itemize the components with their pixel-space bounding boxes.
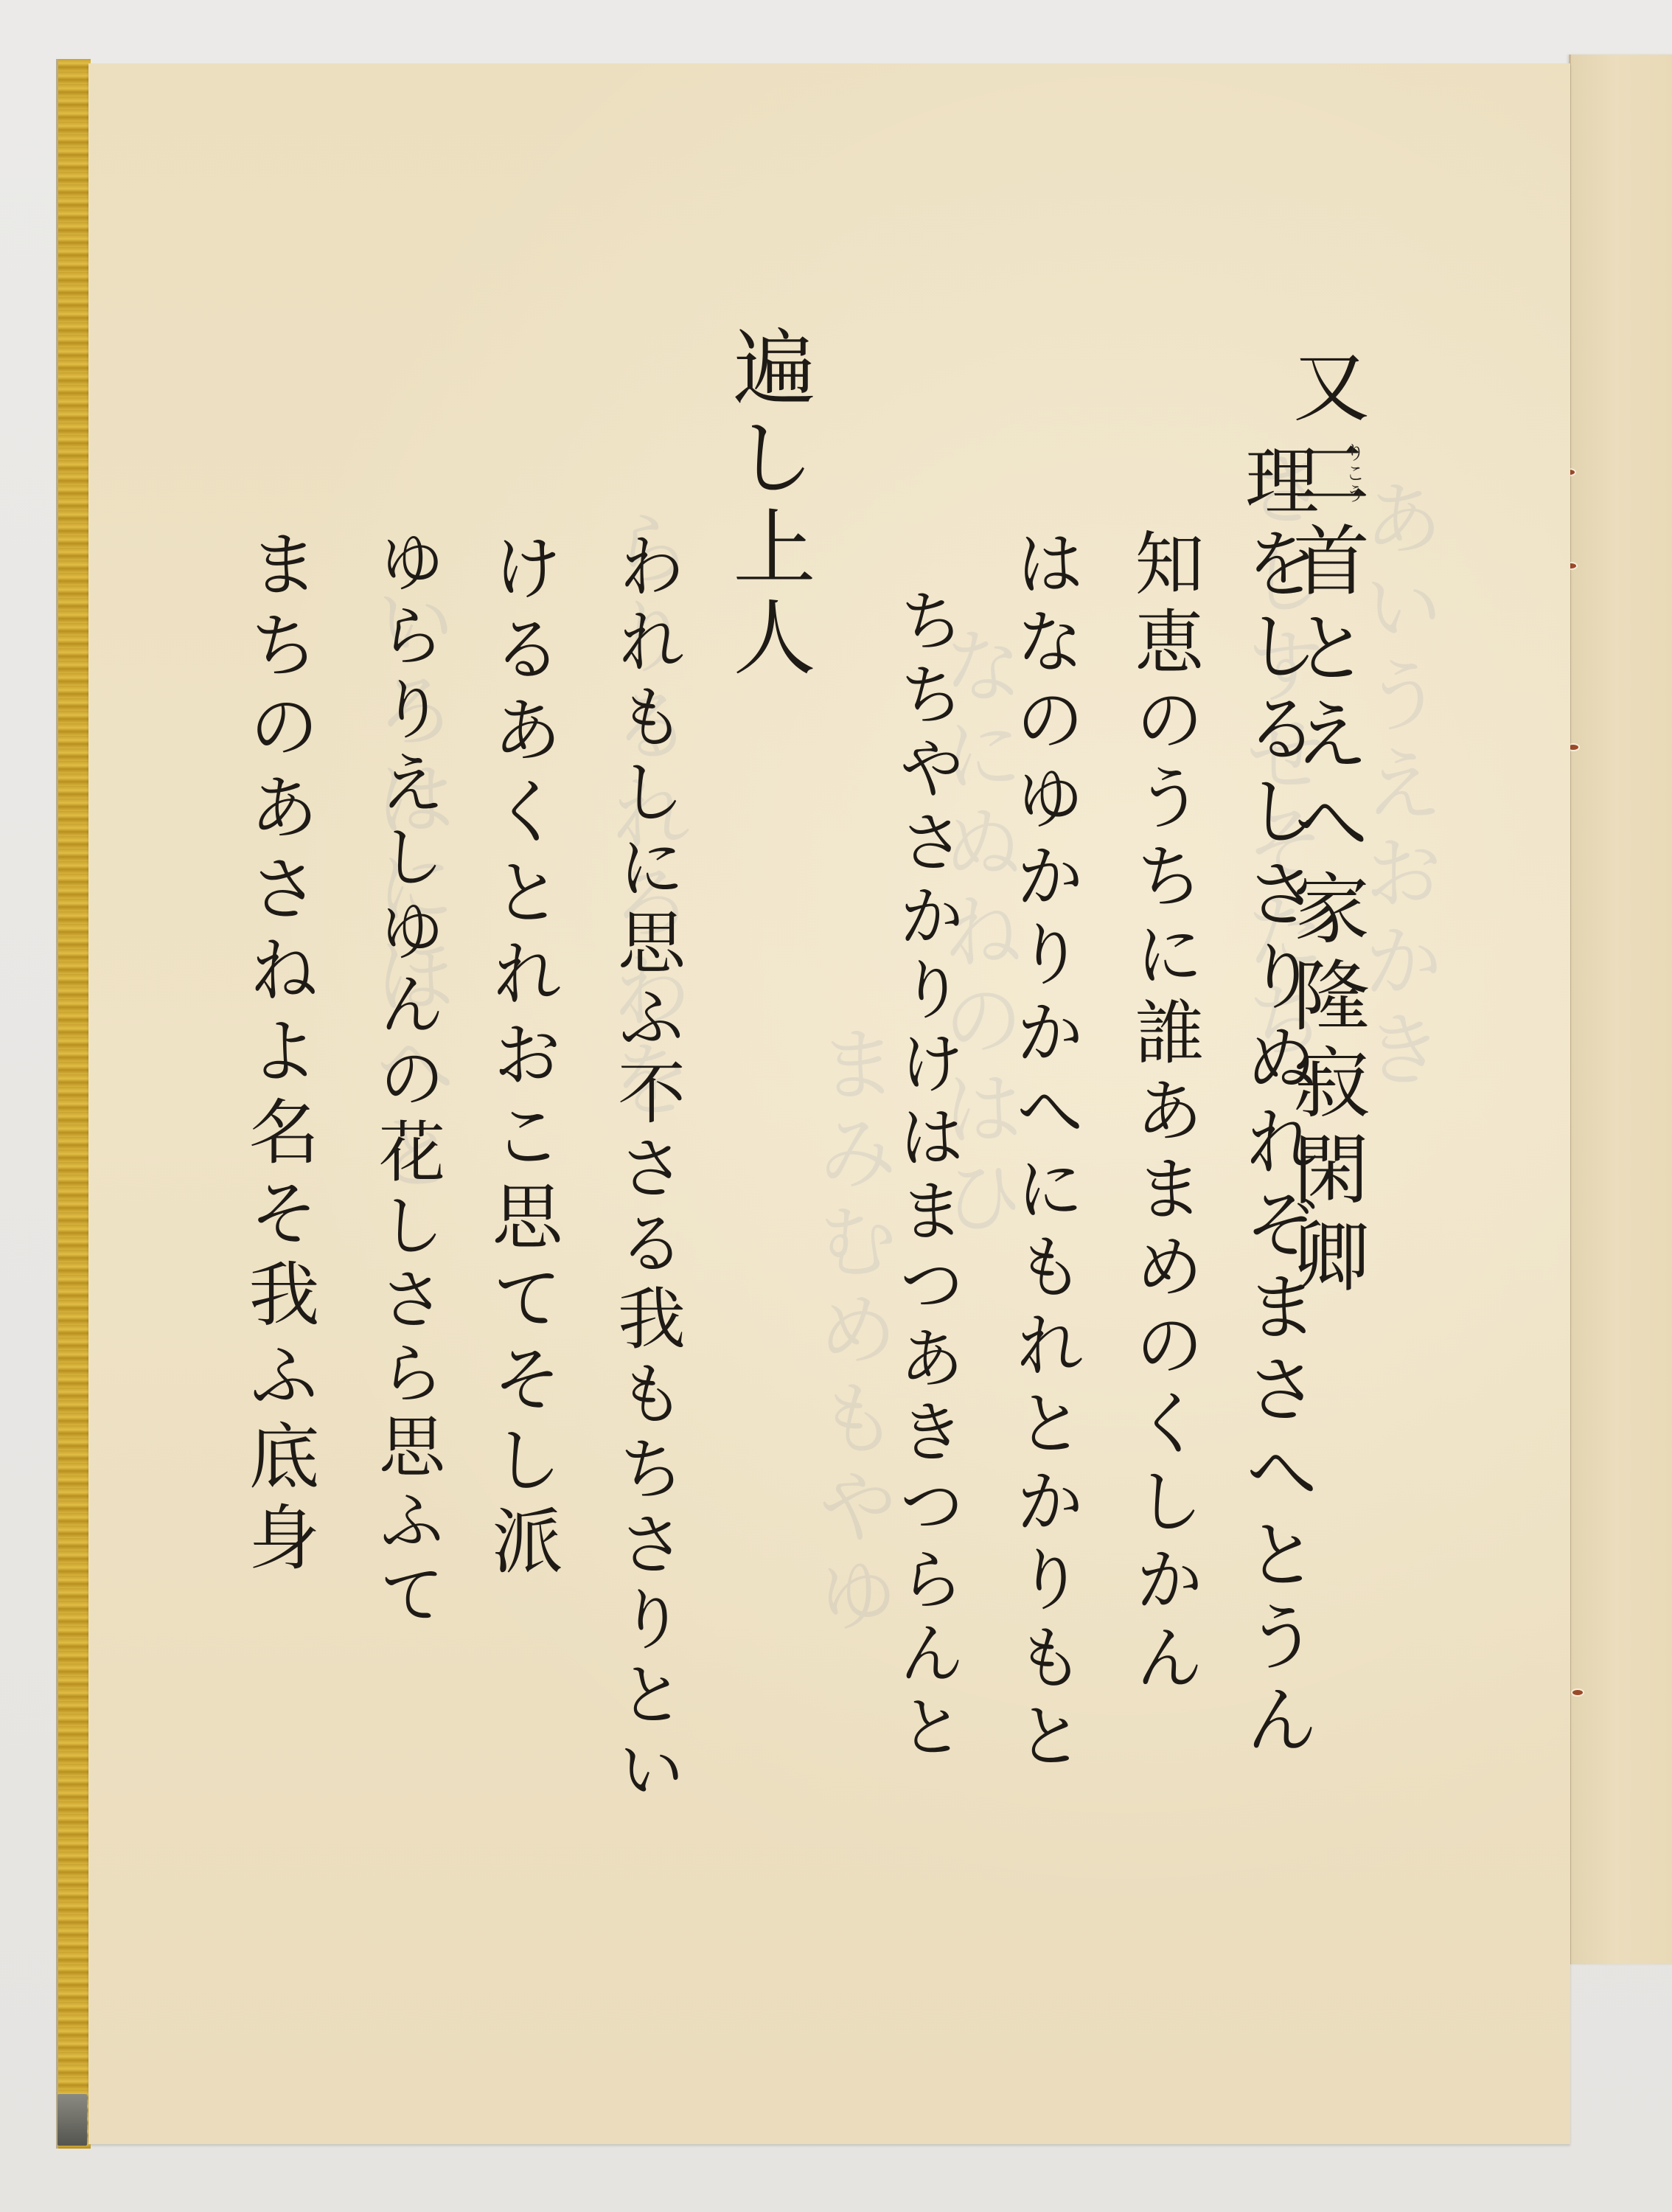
poem-column: けるあくとれおこ思てそし派 xyxy=(487,531,557,1585)
furigana-reading: りこう xyxy=(1340,442,1368,504)
poem-column: はなのゆかりかへにもれとかりもと xyxy=(1009,527,1078,1778)
poem-column: 知恵のうちに誰あまめのくしかん xyxy=(1128,527,1197,1700)
poem-column: 理をしるしさりぬれぞまさへとうん xyxy=(1239,442,1312,1764)
show-through-ink: まみむめもやゆ xyxy=(811,1022,892,1641)
gilt-spine-edge xyxy=(56,59,91,2149)
binding-hole xyxy=(1572,1690,1583,1695)
facing-page xyxy=(1569,55,1672,1964)
spine-wear-mark xyxy=(58,2094,87,2146)
poem-column: ゆらりえしゆんの花しさら思ふて xyxy=(372,527,439,1633)
poem-column: ちちやさかりけはまつあきつらんと xyxy=(892,586,958,1766)
poem-column: まちのあさねよ名そ我ふ底身 xyxy=(243,527,314,1582)
poem-column: われもしに思ふ不さる我もちさりとい xyxy=(612,531,680,1809)
author-column: 遍し上人 xyxy=(726,324,809,684)
